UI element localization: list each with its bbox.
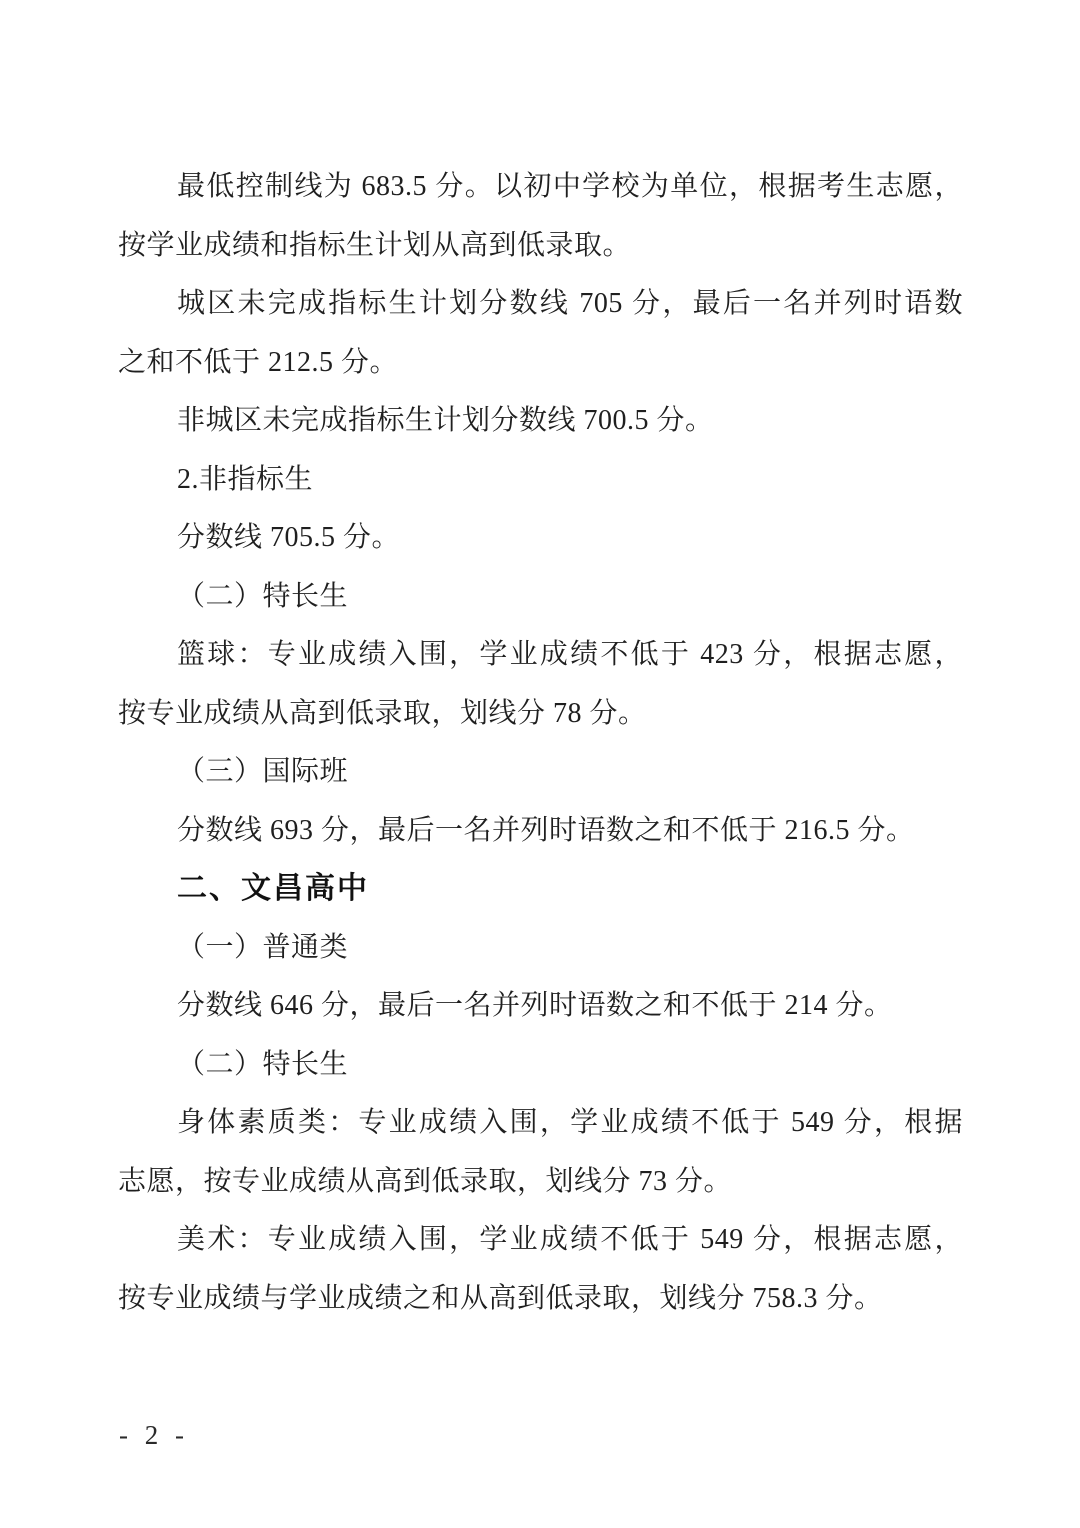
subsection-label: （二）特长生 [118,568,963,627]
subsection-label: （一）普通类 [118,919,963,978]
document-body: 最低控制线为 683.5 分。以初中学校为单位，根据考生志愿， 按学业成绩和指标… [118,158,963,1328]
page-number: - 2 - [119,1418,189,1452]
text-line: 分数线 705.5 分。 [118,509,963,568]
text-line: 分数线 693 分，最后一名并列时语数之和不低于 216.5 分。 [118,802,963,861]
text-line: 最低控制线为 683.5 分。以初中学校为单位，根据考生志愿， [118,158,963,217]
text-line: 志愿，按专业成绩从高到低录取，划线分 73 分。 [118,1153,963,1212]
subsection-label: 2.非指标生 [118,451,963,510]
text-line: 按专业成绩与学业成绩之和从高到低录取，划线分 758.3 分。 [118,1270,963,1329]
text-line: 身体素质类：专业成绩入围，学业成绩不低于 549 分，根据 [118,1094,963,1153]
document-page: 最低控制线为 683.5 分。以初中学校为单位，根据考生志愿， 按学业成绩和指标… [0,0,1080,1528]
subsection-label: （三）国际班 [118,743,963,802]
subsection-label: （二）特长生 [118,1036,963,1095]
text-line: 按学业成绩和指标生计划从高到低录取。 [118,217,963,276]
text-line: 美术：专业成绩入围，学业成绩不低于 549 分，根据志愿， [118,1211,963,1270]
text-line: 分数线 646 分，最后一名并列时语数之和不低于 214 分。 [118,977,963,1036]
text-line: 城区未完成指标生计划分数线 705 分，最后一名并列时语数 [118,275,963,334]
text-line: 非城区未完成指标生计划分数线 700.5 分。 [118,392,963,451]
text-line: 篮球：专业成绩入围，学业成绩不低于 423 分，根据志愿， [118,626,963,685]
text-line: 按专业成绩从高到低录取，划线分 78 分。 [118,685,963,744]
text-line: 之和不低于 212.5 分。 [118,334,963,393]
section-heading: 二、文昌高中 [118,860,963,919]
